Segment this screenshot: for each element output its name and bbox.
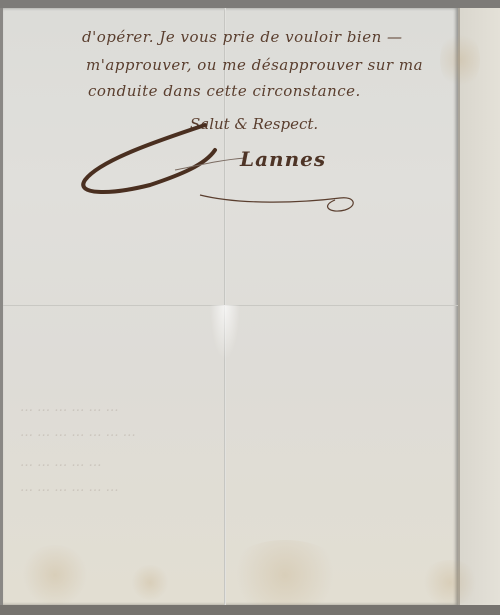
background-bottom (0, 605, 500, 615)
signature-flourish (0, 0, 500, 615)
signature: Lannes (240, 147, 326, 171)
